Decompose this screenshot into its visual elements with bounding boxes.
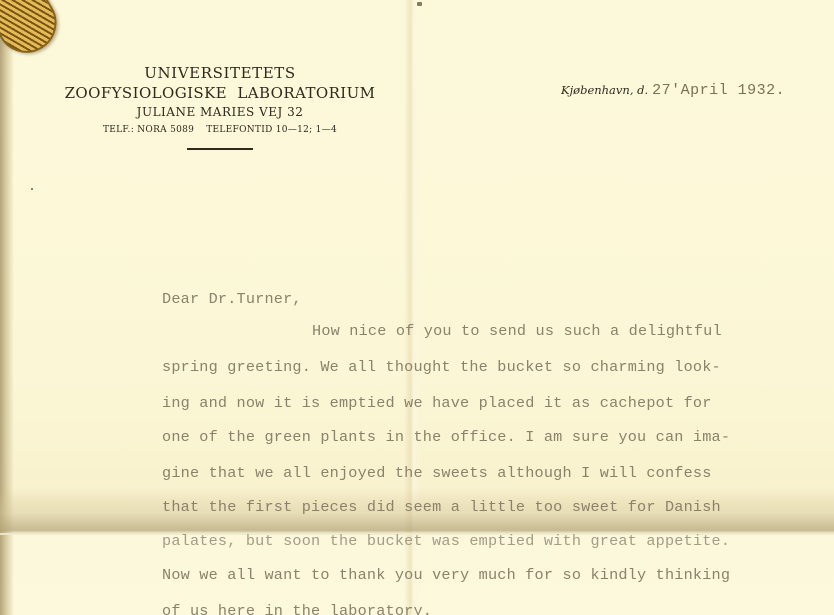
letterhead: UNIVERSITETETS ZOOFYSIOLOGISKE LABORATOR… xyxy=(60,63,380,150)
salutation: Dear Dr.Turner, xyxy=(162,290,302,308)
letter-line: spring greeting. We all thought the buck… xyxy=(162,358,721,376)
letterhead-phone: TELF.: NORA 5089 xyxy=(103,125,194,135)
letter-line: one of the green plants in the office. I… xyxy=(162,428,730,446)
letterhead-phone-hours: TELEFONTID 10—12; 1—4 xyxy=(206,125,337,135)
letterhead-university: UNIVERSITETETS xyxy=(60,63,380,83)
dateline-place: Kjøbenhavn, d. xyxy=(561,83,648,97)
letterhead-laboratory: ZOOFYSIOLOGISKE LABORATORIUM xyxy=(60,83,380,103)
letter-line: How nice of you to send us such a deligh… xyxy=(312,322,722,340)
letter-line: of us here in the laboratory. xyxy=(162,602,432,615)
letter-line: Now we all want to thank you very much f… xyxy=(162,566,730,584)
letter-line: ing and now it is emptied we have placed… xyxy=(162,394,712,412)
letter-line: gine that we all enjoyed the sweets alth… xyxy=(162,464,712,482)
letterhead-divider xyxy=(187,148,253,150)
paper-speck xyxy=(31,188,33,190)
dateline-date: 27'April 1932. xyxy=(652,82,785,99)
letterhead-address: JULIANE MARIES VEJ 32 xyxy=(60,103,380,122)
letterhead-contact: TELF.: NORA 5089TELEFONTID 10—12; 1—4 xyxy=(60,122,380,139)
dateline: Kjøbenhavn, d. 27'April 1932. xyxy=(561,81,785,99)
paper-speck xyxy=(417,2,422,6)
letter-line: that the first pieces did seem a little … xyxy=(162,498,721,516)
letter-line: palates, but soon the bucket was emptied… xyxy=(162,532,730,550)
letter-page: UNIVERSITETETS ZOOFYSIOLOGISKE LABORATOR… xyxy=(0,0,834,615)
